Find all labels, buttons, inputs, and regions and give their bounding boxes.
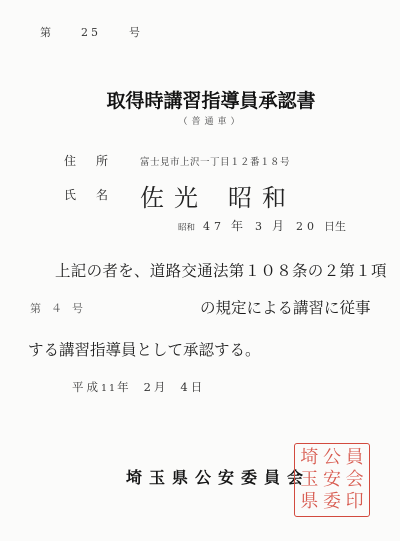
name-value: 佐光昭和 bbox=[140, 178, 296, 213]
body-line-2: の規定による講習に従事 bbox=[200, 296, 371, 318]
serial-prefix: 第 bbox=[40, 24, 51, 40]
body-line-1: 上記の者を、道路交通法第１０８条の２第１項 bbox=[55, 259, 387, 281]
serial-suffix: 号 bbox=[129, 24, 140, 40]
serial-number: 第25号 bbox=[40, 24, 140, 40]
official-seal-icon: 埼 公 員 玉 安 会 県 委 印 bbox=[294, 443, 370, 517]
address-value: 富士見市上沢一丁目１２番１８号 bbox=[140, 154, 290, 168]
body-line-3: する講習指導員として承認する。 bbox=[28, 338, 261, 360]
document-subtitle: （普通車） bbox=[0, 114, 400, 127]
serial-value: 25 bbox=[81, 26, 101, 39]
name-label: 氏名 bbox=[64, 186, 108, 203]
issuer-name: 埼玉県公安委員会 bbox=[126, 465, 310, 488]
document-title: 取得時講習指導員承認書 bbox=[0, 86, 400, 113]
address-label: 住所 bbox=[64, 152, 108, 169]
birth-date: 昭和47年3月20日生 bbox=[178, 217, 346, 234]
issue-date: 平成11年2月4日 bbox=[72, 379, 205, 395]
body-line-2-clause: 第４号 bbox=[30, 300, 93, 316]
